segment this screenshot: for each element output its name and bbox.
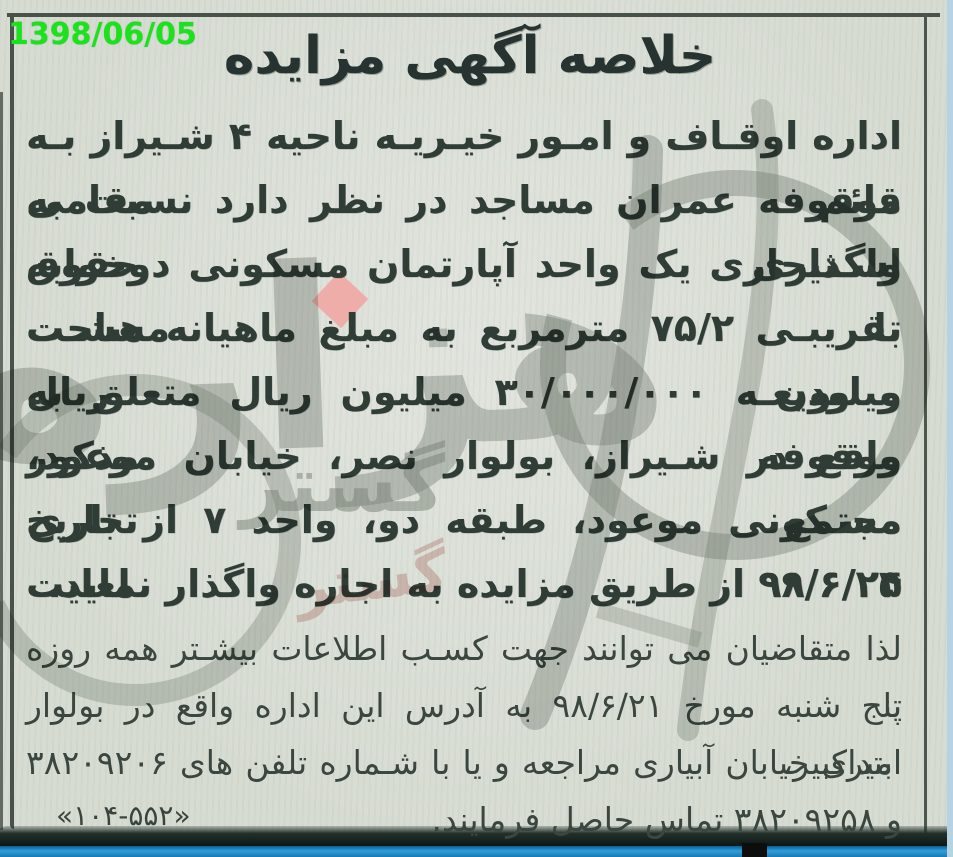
ad-text-line: واقع در شـیراز، بولوار نصر، خیابان موعود…	[26, 424, 902, 488]
ad-text-line: و ودیعـه ۳۰/۰۰۰/۰۰۰ میلیون ریال متعلق به…	[26, 360, 902, 424]
ad-text-line: مسـکونی موعود، طبقه دو، واحد ۷ از تاریخ …	[26, 488, 902, 552]
ad-text-line: پنج شنبه مورخ ۹۸/۶/۲۱ به آدرس این اداره …	[26, 677, 902, 734]
ad-text-line: ۹۹/۶/۲۴ از طریق مزایده به اجاره واگذار ن…	[26, 552, 902, 616]
right-scan-edge	[947, 0, 953, 857]
ad-text-line: لذا متقاضیان می توانند جهت کسـب اطلاعات …	[26, 620, 902, 677]
ad-text-line: اداره اوقـاف و امـور خیـریـه ناحیه ۴ شـی…	[26, 104, 902, 168]
left-column-rule	[0, 92, 3, 830]
ad-box-border-left	[10, 13, 14, 829]
ad-text-line: اسـتیجاری یک واحد آپارتمان مسکونی دوخواب…	[26, 232, 902, 296]
date-stamp: 1398/06/05	[8, 17, 197, 52]
ad-text-line: تقریبـی ۷۵/۲ مترمربع به مبلغ ماهیانه هشـ…	[26, 296, 902, 360]
ad-text-line: موقوفه عمران مساجد در نظر دارد نسبت به و…	[26, 168, 902, 232]
ad-box-border-right	[924, 13, 927, 833]
ad-body: اداره اوقـاف و امـور خیـریـه ناحیه ۴ شـی…	[26, 104, 902, 848]
newspaper-scan: 1398/06/05 خلاصه آگهی مزایده اداره اوقـا…	[0, 0, 953, 857]
ad-text-line: ابتدای خیابان آبیاری مراجعه و یا با شـما…	[26, 734, 902, 791]
ad-code: «۱۰۴-۵۵۲»	[56, 799, 191, 832]
